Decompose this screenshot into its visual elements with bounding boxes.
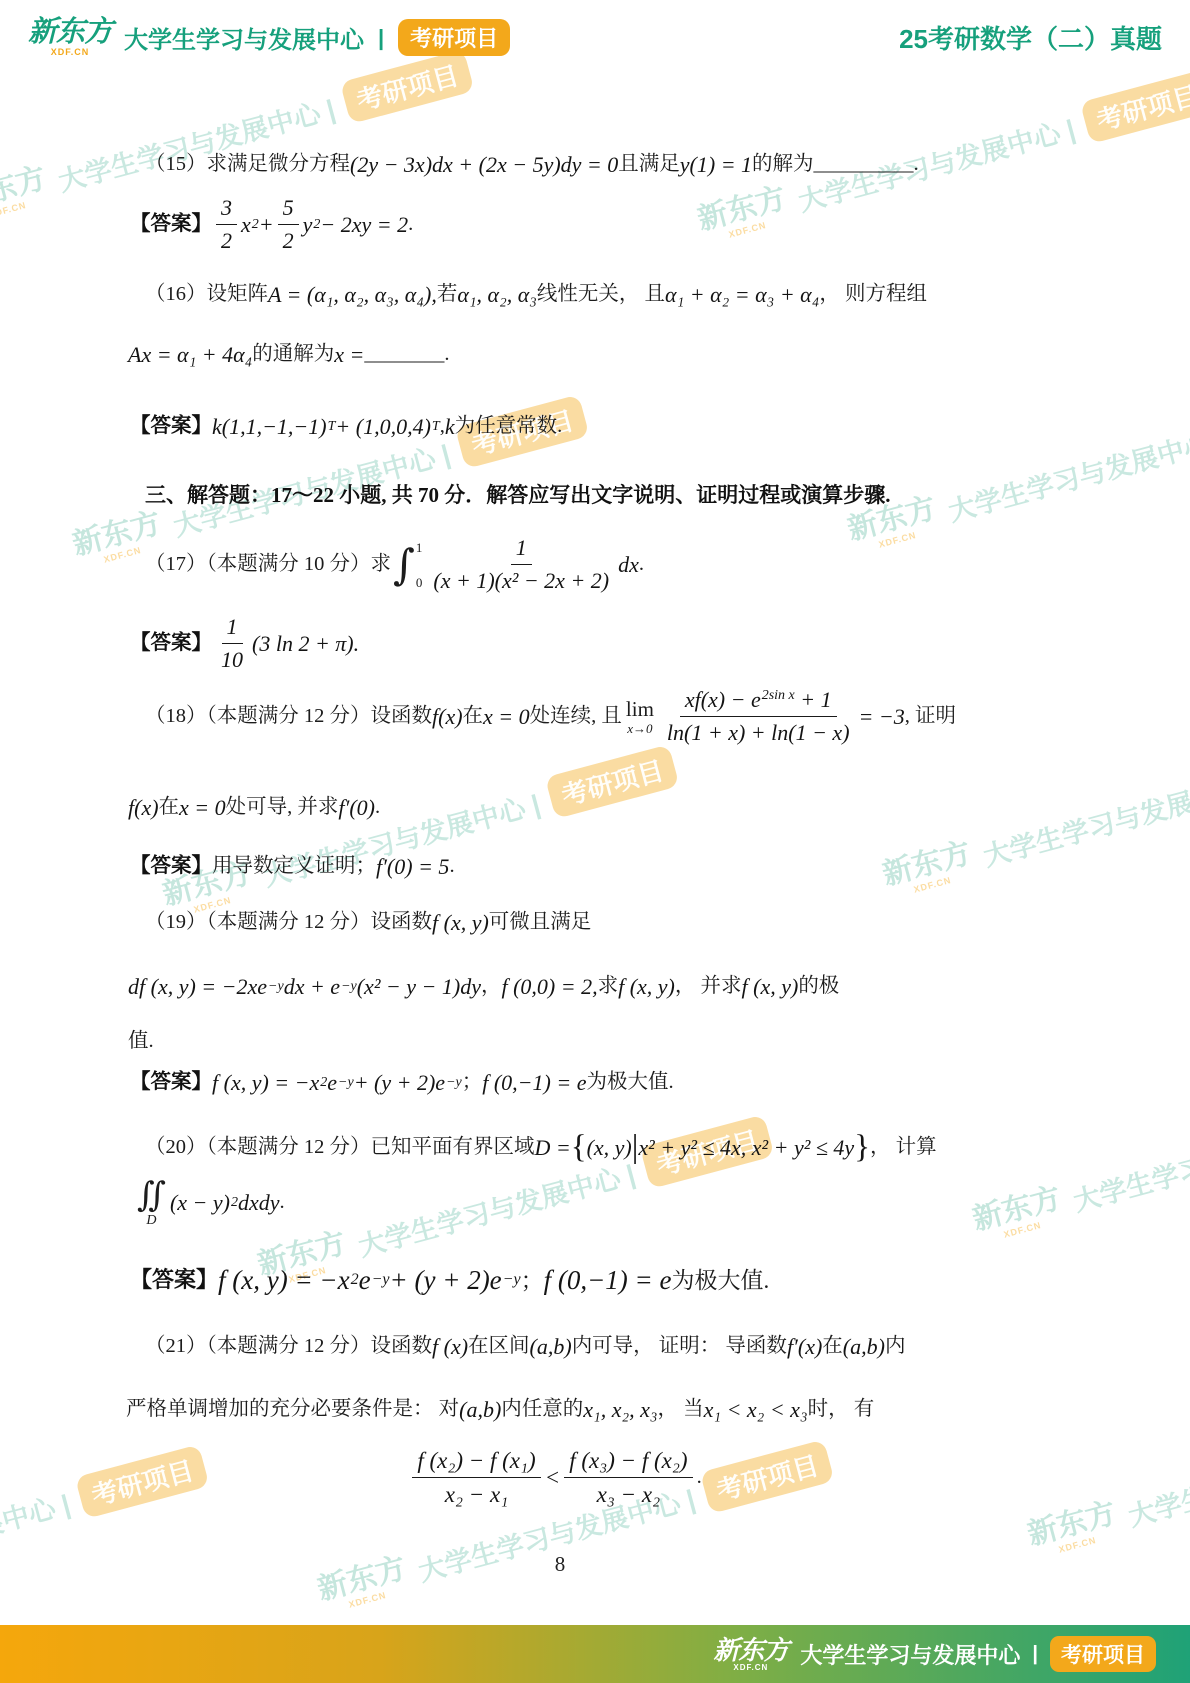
block-a19: 【答案】f (x, y) = −x2e−y + (y + 2)e−y； f (0… [130,1068,674,1098]
block-q20a: （20）（本题满分 12 分）已知平面有界区域 D = {(x, y)|x² +… [145,1126,937,1171]
block-a16: 【答案】k(1,1,−1,−1)T + (1,0,0,4)T , k 为任意常数… [130,412,562,442]
footer-xdf-logo-sub: XDF.CN [733,1664,768,1672]
document-content: （15）求满足微分方程(2y − 3x)dx + (2x − 5y)dy = 0… [0,0,1190,1683]
block-q17: （17）（本题满分 10 分）求 ∫101(x + 1)(x² − 2x + 2… [145,533,644,596]
block-q19c: 值. [128,1028,154,1056]
page-header: 新东方 XDF.CN 大学生学习与发展中心 | 考研项目 25考研数学（二）真题 [28,18,1162,57]
block-q18a: （18）（本题满分 12 分）设函数 f(x) 在 x = 0 处连续, 且 l… [145,685,956,748]
footer-bar: 新东方 XDF.CN 大学生学习与发展中心 | 考研项目 [0,1625,1190,1683]
block-q18b: f(x) 在 x = 0 处可导, 并求 f′(0) . [128,793,380,823]
brand-separator: | [378,25,384,51]
footer-separator: | [1032,1643,1038,1666]
footer-kaoyan-badge: 考研项目 [1050,1636,1156,1672]
page-number: 8 [0,1552,1120,1577]
block-a20: 【答案】f (x, y) = −x2e−y + (y + 2)e−y； f (0… [130,1262,769,1298]
block-q16b: Ax = α₁ + 4α₄ 的通解为 x = ________. [128,340,450,370]
exam-title: 25考研数学（二）真题 [899,19,1162,56]
block-sec3: 三、解答题：17～22 小题, 共 70 分．解答应写出文字说明、证明过程或演算… [145,481,891,509]
block-q15: （15）求满足微分方程(2y − 3x)dx + (2x − 5y)dy = 0… [145,150,919,180]
block-q20b: ∬D(x − y)2 dxdy . [133,1178,285,1228]
xdf-logo-text: 新东方 [28,18,112,47]
block-q21b: 严格单调增加的充分必要条件是： 对 (a,b) 内任意的 x₁, x₂, x₃，… [126,1395,874,1425]
block-a15: 【答案】32x2 + 52y2 − 2xy = 2 . [130,193,413,256]
brand-center-text: 大学生学习与发展中心 [124,20,364,55]
brand-header: 新东方 XDF.CN 大学生学习与发展中心 | 考研项目 [28,18,510,57]
block-a17: 【答案】110(3 ln 2 + π). [130,612,359,675]
block-q19a: （19）（本题满分 12 分）设函数 f (x, y) 可微且满足 [145,908,591,938]
block-a18: 【答案】用导数定义证明； f′(0) = 5 . [130,852,455,882]
xdf-logo-sub: XDF.CN [51,48,90,57]
block-q19b: df (x, y) = −2xe−ydx + e−y(x² − y − 1)dy… [128,972,839,1002]
kaoyan-project-badge: 考研项目 [398,19,510,56]
exam-page: 新东方XDF.CN大学生学习与发展中心 |考研项目新东方XDF.CN大学生学习与… [0,0,1190,1683]
footer-center-text: 大学生学习与发展中心 [800,1639,1020,1670]
footer-xdf-logo: 新东方 XDF.CN [713,1637,788,1672]
block-q21a: （21）（本题满分 12 分）设函数 f (x) 在区间 (a,b) 内可导， … [145,1332,905,1362]
block-q16a: （16）设矩阵 A = (α₁, α₂, α₃, α₄), 若 α₁, α₂, … [145,280,927,310]
block-q21disp: f (x₂) − f (x₁)x₂ − x₁ < f (x₃) − f (x₂)… [130,1445,980,1510]
footer-xdf-logo-text: 新东方 [713,1637,788,1663]
xdf-logo: 新东方 XDF.CN [28,18,112,57]
